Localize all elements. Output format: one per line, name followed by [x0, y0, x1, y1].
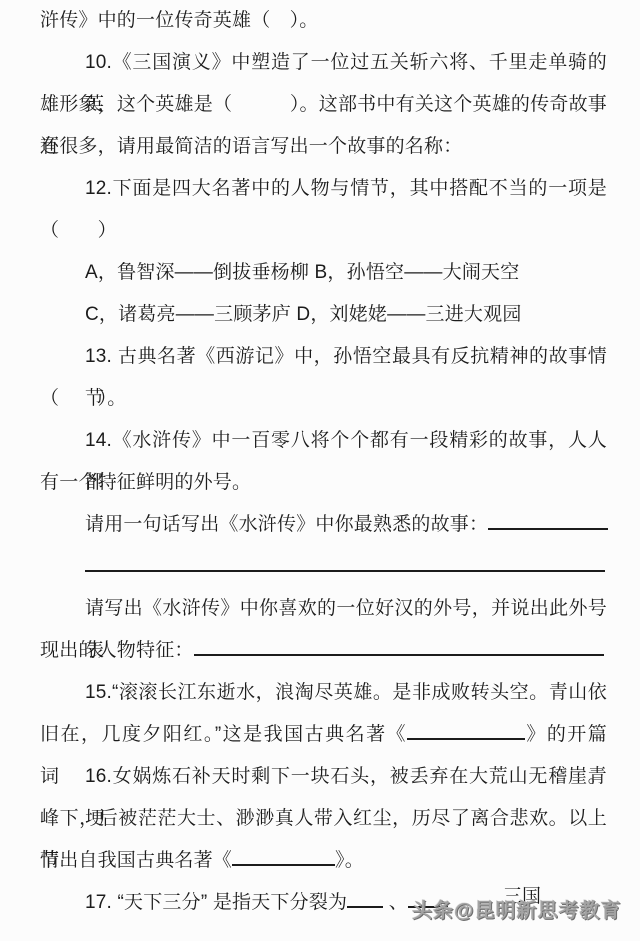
text-line-13: 请用一句话写出《水浒传》中你最熟悉的故事：: [40, 504, 607, 546]
line-text: 请用一句话写出《水浒传》中你最熟悉的故事：: [85, 514, 488, 535]
answer-blank: [488, 514, 608, 530]
line-text: （ ）。: [40, 388, 127, 409]
worksheet-page: 浒传》中的一位传奇英雄（ ）。10.《三国演义》中塑造了一位过五关斩六将、千里走…: [0, 0, 640, 941]
text-line-4: 有很多，请用最简洁的语言写出一个故事的名称：: [40, 126, 607, 168]
line-text: 浒传》中的一位传奇英雄（ ）。: [40, 10, 319, 31]
line-text: 有很多，请用最简洁的语言写出一个故事的名称：: [40, 136, 462, 157]
text-line-11: 14.《水浒传》中一百零八将个个都有一段精彩的故事，人人都: [40, 420, 607, 462]
text-line-9: 13. 古典名著《西游记》中，孙悟空最具有反抗精神的故事情节: [40, 336, 607, 378]
answer-blank: [194, 640, 604, 656]
text-line-16: 现出的人物特征：: [40, 630, 607, 672]
toutiao-watermark: 头条@昆明新思考教育: [412, 890, 622, 932]
text-line-8: C，诸葛亮——三顾茅庐 D，刘姥姥——三进大观园: [40, 294, 607, 336]
text-line-15: 请写出《水浒传》中你喜欢的一位好汉的外号，并说出此外号表: [40, 588, 607, 630]
line-text: 、: [383, 892, 408, 913]
answer-blank: [232, 850, 335, 866]
text-line-3: 雄形象，这个英雄是（ ）。这部书中有关这个英雄的传奇故事还: [40, 84, 607, 126]
line-text: 15.“滚滚长江东逝水，浪淘尽英雄。是非成败转头空。青山依: [85, 682, 607, 703]
text-line-6: （ ）: [40, 210, 607, 252]
text-line-18: 旧在，几度夕阳红。”这是我国古典名著《》的开篇词。: [40, 714, 607, 756]
line-text: C，诸葛亮——三顾茅庐 D，刘姥姥——三进大观园: [85, 304, 522, 325]
text-line-19: 16.女娲炼石补天时剩下一块石头，被丢弃在大荒山无稽崖青埂: [40, 756, 607, 798]
text-line-14: [40, 546, 607, 588]
line-text: A，鲁智深——倒拔垂杨柳 B，孙悟空——大闹天空: [85, 262, 519, 283]
answer-blank: [347, 892, 383, 908]
text-line-7: A，鲁智深——倒拔垂杨柳 B，孙悟空——大闹天空: [40, 252, 607, 294]
text-line-5: 12.下面是四大名著中的人物与情节，其中搭配不当的一项是: [40, 168, 607, 210]
line-text: 17. “天下三分” 是指天下分裂为: [85, 892, 347, 913]
text-line-1: 浒传》中的一位传奇英雄（ ）。: [40, 0, 607, 42]
line-text: （ ）: [40, 220, 117, 241]
text-line-20: 峰下，后被茫茫大士、渺渺真人带入红尘，历尽了离合悲欢。以上情: [40, 798, 607, 840]
line-text: 12.下面是四大名著中的人物与情节，其中搭配不当的一项是: [85, 178, 607, 199]
text-line-17: 15.“滚滚长江东逝水，浪淘尽英雄。是非成败转头空。青山依: [40, 672, 607, 714]
text-line-12: 有一个特征鲜明的外号。: [40, 462, 607, 504]
line-text: 现出的人物特征：: [40, 640, 194, 661]
text-line-10: （ ）。: [40, 378, 607, 420]
line-text: 有一个特征鲜明的外号。: [40, 472, 251, 493]
answer-blank: [85, 556, 605, 572]
document-body: 浒传》中的一位传奇英雄（ ）。10.《三国演义》中塑造了一位过五关斩六将、千里走…: [40, 0, 607, 924]
text-line-2: 10.《三国演义》中塑造了一位过五关斩六将、千里走单骑的英: [40, 42, 607, 84]
line-text: 》。: [335, 850, 364, 871]
line-text: 旧在，几度夕阳红。”这是我国古典名著《: [40, 724, 407, 745]
line-text: 节出自我国古典名著《: [40, 850, 232, 871]
answer-blank: [407, 724, 525, 740]
